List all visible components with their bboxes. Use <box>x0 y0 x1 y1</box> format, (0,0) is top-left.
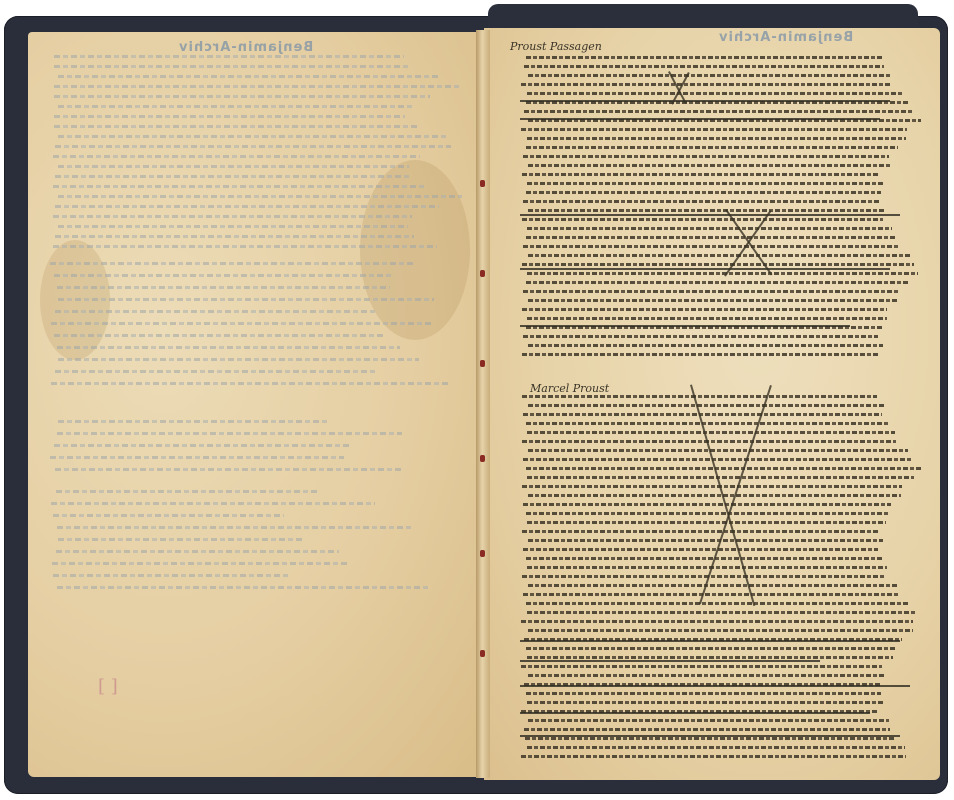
handwriting-line <box>527 521 886 524</box>
handwriting-line <box>55 235 414 238</box>
margin-bracket-mark: [ ] <box>98 676 118 697</box>
handwriting-line <box>58 225 408 228</box>
handwriting-line <box>58 135 449 138</box>
handwriting-line <box>55 370 377 373</box>
handwriting-line <box>58 75 438 78</box>
binding-stitch <box>480 360 485 367</box>
handwriting-line <box>58 358 419 361</box>
handwriting-line <box>56 550 339 553</box>
handwriting-line <box>523 458 911 461</box>
book-gutter <box>476 30 490 778</box>
handwriting-line <box>55 468 401 471</box>
strike-through-line <box>520 640 900 642</box>
handwriting-line <box>50 456 344 459</box>
handwriting-line <box>57 286 390 289</box>
right-page-heading: Proust Passagen <box>510 40 602 53</box>
handwriting-line <box>523 155 889 158</box>
handwriting-line <box>527 227 892 230</box>
binding-stitch <box>480 650 485 657</box>
handwriting-line <box>528 209 886 212</box>
binding-stitch <box>480 550 485 557</box>
handwriting-line <box>53 514 284 517</box>
binding-stitch <box>480 270 485 277</box>
archive-stamp-left: Benjamin-Archiv <box>178 40 313 55</box>
handwriting-line <box>522 308 887 311</box>
handwriting-line <box>528 404 884 407</box>
handwriting-line <box>528 584 898 587</box>
handwriting-line <box>53 155 420 158</box>
handwriting-line <box>524 65 884 68</box>
handwriting-line <box>521 620 913 623</box>
handwriting-line <box>523 413 882 416</box>
handwriting-line <box>522 440 896 443</box>
handwriting-line <box>53 185 426 188</box>
handwriting-line <box>55 175 409 178</box>
handwriting-line <box>522 395 877 398</box>
handwriting-line <box>51 382 448 385</box>
handwriting-line <box>527 746 905 749</box>
strike-through-line <box>520 735 900 737</box>
handwriting-line <box>523 335 878 338</box>
handwriting-line <box>51 502 375 505</box>
handwriting-line <box>526 512 889 515</box>
handwriting-line <box>528 74 892 77</box>
strike-through-line <box>520 660 820 662</box>
handwriting-line <box>54 125 418 128</box>
handwriting-line <box>526 557 883 560</box>
handwriting-line <box>57 526 413 529</box>
left-page <box>28 32 480 777</box>
handwriting-line <box>522 575 886 578</box>
handwriting-line <box>521 665 882 668</box>
handwriting-line <box>523 245 900 248</box>
handwriting-line <box>58 105 413 108</box>
handwriting-line <box>527 476 914 479</box>
handwriting-line <box>525 737 896 740</box>
handwriting-line <box>54 334 384 337</box>
handwriting-line <box>50 262 415 265</box>
handwriting-line <box>527 566 887 569</box>
handwriting-line <box>58 420 329 423</box>
handwriting-line <box>55 310 375 313</box>
handwriting-line <box>528 164 890 167</box>
handwriting-line <box>56 490 317 493</box>
handwriting-line <box>57 432 402 435</box>
handwriting-line <box>528 494 901 497</box>
handwriting-line <box>522 173 880 176</box>
handwriting-line <box>528 629 913 632</box>
handwriting-line <box>526 692 881 695</box>
handwriting-line <box>526 422 889 425</box>
handwriting-line <box>524 110 913 113</box>
handwriting-line <box>522 218 883 221</box>
handwriting-line <box>526 56 883 59</box>
handwriting-line <box>528 254 912 257</box>
handwriting-line <box>526 236 897 239</box>
handwriting-line <box>522 263 914 266</box>
handwriting-line <box>527 272 918 275</box>
strike-through-line <box>520 214 900 216</box>
handwriting-line <box>523 200 879 203</box>
handwriting-line <box>53 245 437 248</box>
handwriting-line <box>528 539 883 542</box>
handwriting-line <box>54 95 430 98</box>
handwriting-line <box>53 574 291 577</box>
archive-stamp-right: Benjamin-Archiv <box>718 30 853 45</box>
handwriting-line <box>522 530 878 533</box>
handwriting-line <box>57 346 400 349</box>
handwriting-line <box>53 215 412 218</box>
strike-through-line <box>520 268 890 270</box>
strike-through-line <box>520 325 850 327</box>
handwriting-line <box>52 562 348 565</box>
binding-stitch <box>480 455 485 462</box>
handwriting-line <box>526 602 909 605</box>
handwriting-line <box>58 195 462 198</box>
handwriting-line <box>527 701 883 704</box>
handwriting-line <box>527 137 906 140</box>
handwriting-line <box>51 322 432 325</box>
handwriting-line <box>527 317 887 320</box>
handwriting-line <box>55 145 451 148</box>
handwriting-line <box>57 586 429 589</box>
handwriting-line <box>527 656 893 659</box>
strike-through-line <box>520 685 910 687</box>
handwriting-line <box>527 182 883 185</box>
handwriting-line <box>527 611 917 614</box>
handwriting-line <box>524 728 890 731</box>
handwriting-line <box>54 274 394 277</box>
handwriting-line <box>526 281 909 284</box>
handwriting-line <box>526 647 897 650</box>
handwriting-line <box>526 467 921 470</box>
binding-stitch <box>480 180 485 187</box>
strike-through-line <box>520 100 890 102</box>
handwriting-line <box>523 593 899 596</box>
handwriting-line <box>527 92 902 95</box>
handwriting-line <box>521 755 906 758</box>
handwriting-line <box>58 165 409 168</box>
handwriting-line <box>54 115 405 118</box>
handwriting-line <box>55 205 439 208</box>
strike-through-line <box>520 712 870 714</box>
handwriting-line <box>54 444 349 447</box>
right-page-section-start: Marcel Proust <box>530 382 609 395</box>
handwriting-line <box>522 353 878 356</box>
handwriting-line <box>58 538 302 541</box>
strike-through-line <box>520 118 880 120</box>
handwriting-line <box>528 299 898 302</box>
handwriting-line <box>523 503 891 506</box>
handwriting-line <box>521 128 907 131</box>
handwriting-line <box>528 719 889 722</box>
handwriting-line <box>522 485 902 488</box>
handwriting-line <box>521 83 890 86</box>
handwriting-line <box>54 85 462 88</box>
handwriting-line <box>526 191 881 194</box>
handwriting-line <box>58 298 434 301</box>
handwriting-line <box>523 548 878 551</box>
handwriting-line <box>54 65 411 68</box>
handwriting-line <box>526 146 898 149</box>
handwriting-line <box>528 344 883 347</box>
handwriting-line <box>523 290 899 293</box>
handwriting-line <box>528 674 886 677</box>
handwriting-line <box>527 431 895 434</box>
handwriting-line <box>54 55 404 58</box>
handwriting-line <box>528 449 908 452</box>
